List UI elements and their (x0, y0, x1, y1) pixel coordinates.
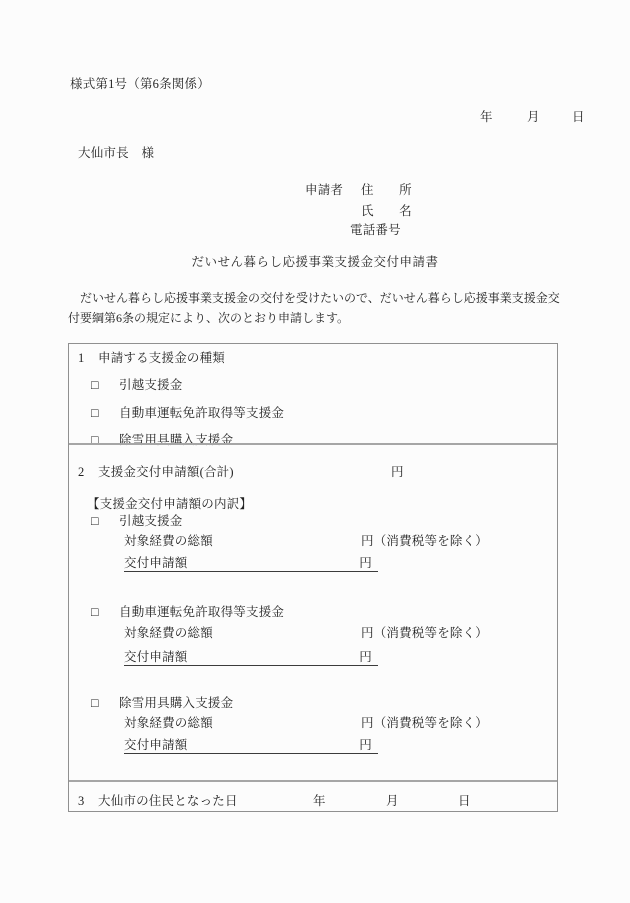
section-1-heading: 申請する支援金の種類 (98, 351, 225, 366)
section-3-number: 3 (78, 794, 84, 809)
expense-total-label-1: 対象経費の総額 (124, 626, 213, 641)
checkbox-breakdown-snow-tool[interactable]: □ (91, 696, 99, 711)
breakdown-license-label: 自動車運転免許取得等支援金 (119, 605, 284, 620)
form-number: 様式第1号（第6条関係） (70, 77, 210, 92)
residency-day-label: 日 (458, 794, 471, 809)
intro-paragraph: だいせん暮らし応援事業支援金の交付を受けたいので、だいせん暮らし応援事業支援金交… (68, 289, 568, 328)
row-divider-1 (69, 443, 557, 445)
breakdown-moving-label: 引越支援金 (119, 514, 183, 529)
applicant-name-label: 氏 名 (361, 204, 412, 219)
document-title: だいせん暮らし応援事業支援金交付申請書 (0, 252, 630, 270)
section-2-heading: 支援金交付申請額(合計) (98, 465, 234, 480)
breakdown-heading: 【支援金交付申請額の内訳】 (87, 497, 252, 512)
option-moving-subsidy-label: 引越支援金 (119, 378, 183, 393)
request-amount-unit-0: 円 (359, 556, 372, 571)
request-amount-label-0: 交付申請額 (124, 556, 188, 571)
expense-total-label-0: 対象経費の総額 (124, 534, 213, 549)
checkbox-breakdown-license[interactable]: □ (91, 605, 99, 620)
option-license-subsidy-label: 自動車運転免許取得等支援金 (119, 406, 284, 421)
checkbox-moving-subsidy[interactable]: □ (91, 378, 99, 393)
date-year-label: 年 (480, 110, 493, 125)
request-amount-row-2: 交付申請額 円 (124, 738, 378, 754)
date-month-label: 月 (527, 110, 540, 125)
expense-total-unit-0: 円（消費税等を除く） (361, 534, 488, 549)
request-amount-unit-2: 円 (359, 738, 372, 753)
residency-month-label: 月 (386, 794, 399, 809)
checkbox-license-subsidy[interactable]: □ (91, 406, 99, 421)
checkbox-breakdown-moving[interactable]: □ (91, 514, 99, 529)
section-2-number: 2 (78, 465, 84, 480)
applicant-phone-label: 電話番号 (350, 223, 401, 238)
request-amount-row-0: 交付申請額 円 (124, 556, 378, 572)
applicant-address-label: 住 所 (361, 183, 412, 198)
section-2-total-unit: 円 (391, 465, 404, 480)
row-divider-2 (69, 780, 557, 782)
applicant-label: 申請者 (305, 183, 343, 198)
expense-total-unit-1: 円（消費税等を除く） (361, 626, 488, 641)
recipient: 大仙市長 様 (78, 146, 154, 161)
document-page: 様式第1号（第6条関係） 年 月 日 大仙市長 様 申請者 住 所 氏 名 電話… (0, 0, 630, 903)
checkbox-snow-tool-subsidy[interactable]: □ (91, 433, 99, 448)
section-3-heading: 大仙市の住民となった日 (98, 794, 238, 809)
expense-total-unit-2: 円（消費税等を除く） (361, 716, 488, 731)
form-table: 1 申請する支援金の種類 □ 引越支援金 □ 自動車運転免許取得等支援金 □ 除… (68, 343, 558, 812)
option-snow-tool-subsidy-label: 除雪用具購入支援金 (119, 433, 233, 448)
residency-year-label: 年 (313, 794, 326, 809)
request-amount-label-2: 交付申請額 (124, 738, 188, 753)
request-amount-row-1: 交付申請額 円 (124, 650, 378, 666)
section-1-number: 1 (78, 351, 84, 366)
expense-total-label-2: 対象経費の総額 (124, 716, 213, 731)
request-amount-label-1: 交付申請額 (124, 650, 188, 665)
date-day-label: 日 (572, 110, 585, 125)
request-amount-unit-1: 円 (359, 650, 372, 665)
breakdown-snow-tool-label: 除雪用具購入支援金 (119, 696, 233, 711)
